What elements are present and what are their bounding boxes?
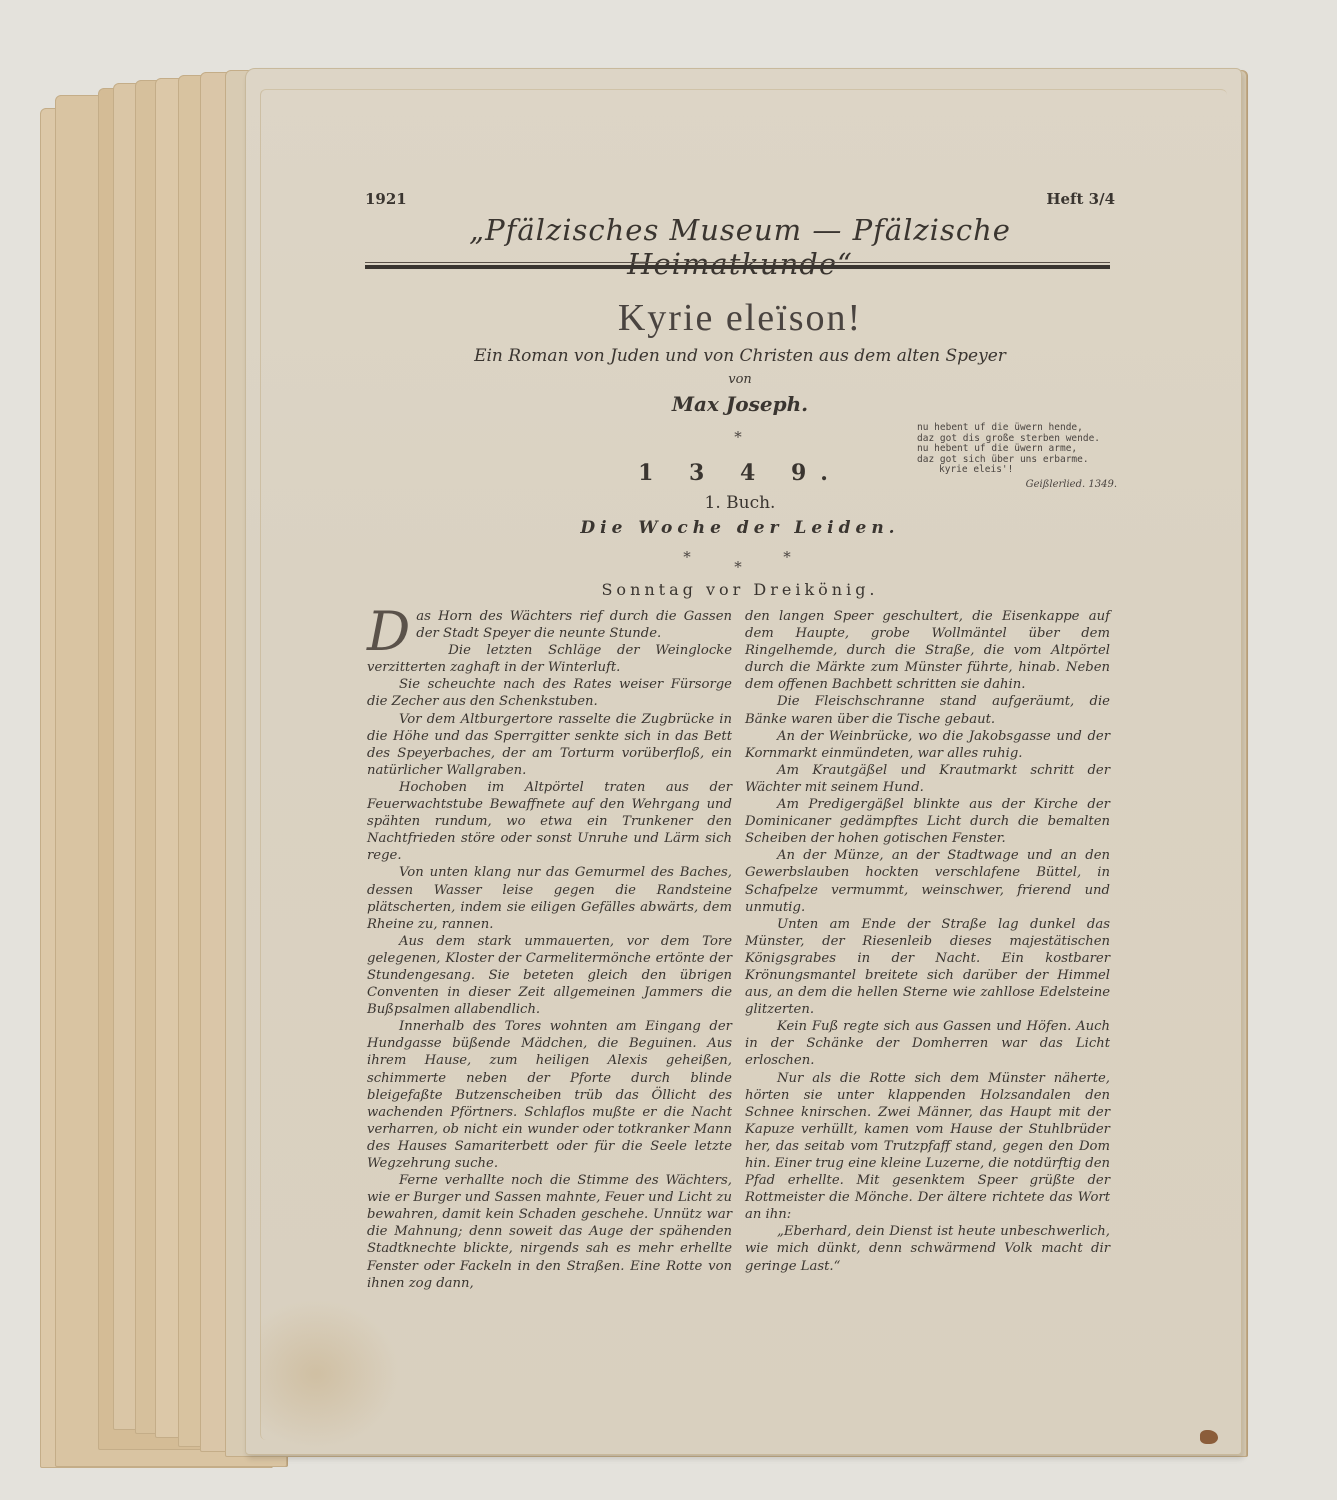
by-label: von	[365, 372, 1115, 387]
paragraph: An der Weinbrücke, wo die Jakobsgasse un…	[745, 728, 1110, 762]
text-column-left: Das Horn des Wächters rief durch die Gas…	[367, 608, 732, 1292]
epigraph-line: nu hebent uf die üwern hende,	[917, 423, 1117, 434]
paragraph: Aus dem stark ummauerten, vor dem Tore g…	[367, 933, 732, 1018]
paragraph: Kein Fuß regte sich aus Gassen und Höfen…	[745, 1018, 1110, 1069]
issue-label: Heft 3/4	[1046, 190, 1115, 208]
paragraph: Die Fleischschranne stand aufgeräumt, di…	[745, 693, 1110, 727]
paragraph: An der Münze, an der Stadtwage und an de…	[745, 847, 1110, 915]
book-heading: 1. Buch.	[560, 493, 920, 513]
page-damage-hole	[1200, 1430, 1218, 1444]
header-rule-thick	[365, 265, 1110, 269]
paragraph: „Eberhard, dein Dienst ist heute unbesch…	[745, 1223, 1110, 1274]
separator-star: *	[728, 558, 748, 576]
paragraph: Vor dem Altburgertore rasselte die Zugbr…	[367, 711, 732, 779]
paragraph: den langen Speer geschultert, die Eisenk…	[745, 608, 1110, 693]
year-label: 1921	[365, 190, 407, 208]
paragraph: Die letzten Schläge der Weinglocke verzi…	[367, 642, 732, 676]
water-stain	[260, 1299, 400, 1449]
author-name: Max Joseph.	[365, 392, 1115, 416]
paragraph: Ferne verhallte noch die Stimme des Wäch…	[367, 1172, 732, 1292]
article-title: Kyrie eleïson!	[365, 296, 1115, 340]
paragraph: Von unten klang nur das Gemurmel des Bac…	[367, 864, 732, 932]
part-title: Die Woche der Leiden.	[540, 518, 940, 538]
epigraph-line: nu hebent uf die üwern arme,	[917, 444, 1117, 455]
separator-star: *	[677, 548, 697, 566]
paragraph: Nur als die Rotte sich dem Münster näher…	[745, 1070, 1110, 1224]
chapter-title: Sonntag vor Dreikönig.	[540, 580, 940, 599]
paragraph: Das Horn des Wächters rief durch die Gas…	[367, 608, 732, 642]
text-column-right: den langen Speer geschultert, die Eisenk…	[745, 608, 1110, 1275]
issue-header: 1921 Heft 3/4	[365, 190, 1115, 208]
paragraph: Unten am Ende der Straße lag dunkel das …	[745, 916, 1110, 1019]
epigraph-source: Geißlerlied. 1349.	[917, 480, 1117, 491]
paragraph: Am Krautgäßel und Krautmarkt schritt der…	[745, 762, 1110, 796]
paragraph: Am Predigergäßel blinkte aus der Kirche …	[745, 796, 1110, 847]
article-subtitle: Ein Roman von Juden und von Christen aus…	[365, 346, 1115, 366]
journal-masthead: „Pfälzisches Museum — Pfälzische Heimatk…	[365, 213, 1115, 281]
paragraph: Sie scheuchte nach des Rates weiser Fürs…	[367, 676, 732, 710]
drop-cap: D	[367, 610, 410, 654]
header-rule-thin	[365, 262, 1110, 263]
paragraph: Innerhalb des Tores wohnten am Eingang d…	[367, 1018, 732, 1172]
paragraph: Hochoben im Altpörtel traten aus der Feu…	[367, 779, 732, 864]
separator-star: *	[777, 548, 797, 566]
section-asterisk: *	[728, 428, 748, 446]
epigraph-refrain: kyrie eleis'!	[917, 465, 1117, 476]
epigraph: nu hebent uf die üwern hende, daz got di…	[917, 423, 1117, 490]
year-heading: 1 3 4 9.	[560, 460, 920, 486]
